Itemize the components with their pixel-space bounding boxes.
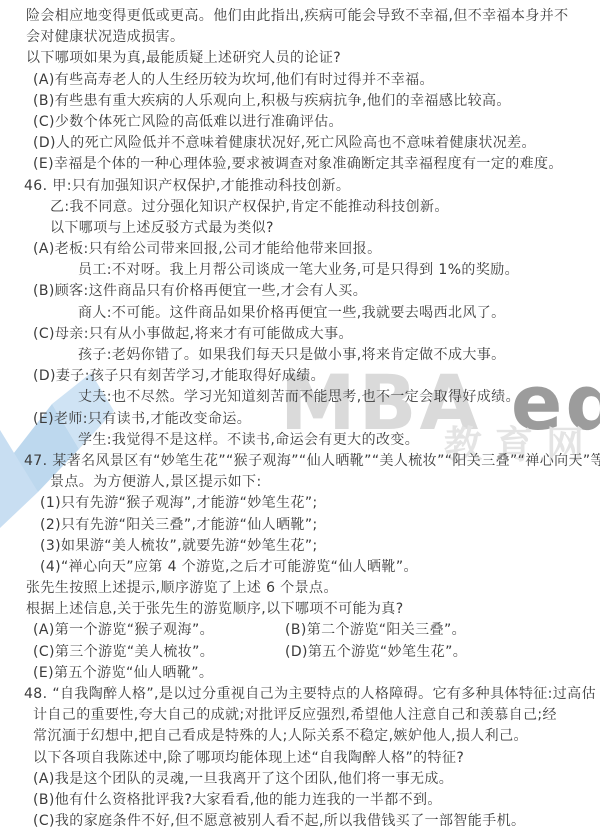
line-text: 以下各项自我陈述中,除了哪项均能体现上述“自我陶醉人格”的特征? — [33, 750, 464, 766]
option-line: (C)母亲:只有从小事做起,将来才有可能做成大事。 — [0, 324, 600, 345]
option-line: (4)“禅心向天”应第 4 个游览,之后才可能游览“仙人晒靴”。 — [0, 557, 600, 578]
line-text: (E)第五个游览“仙人晒靴”。 — [33, 665, 213, 681]
line-text: 学生:我觉得不是这样。不读书,命运会有更大的改变。 — [78, 432, 419, 448]
line-text: (C)第三个游览“美人梳妆”。 — [33, 644, 214, 660]
line-text: (E)老师:只有读书,才能改变命运。 — [33, 411, 251, 427]
option-line: (C)少数个体死亡风险的高低难以进行准确评估。 — [0, 112, 600, 133]
option-line: (E)老师:只有读书,才能改变命运。 — [0, 409, 600, 430]
option-line: (C)第三个游览“美人梳妆”。(D)第五个游览“妙笔生花”。 — [0, 642, 600, 663]
option-line: (A)我是这个团队的灵魂,一旦我离开了这个团队,他们将一事无成。 — [0, 769, 600, 790]
text-line: 以下哪项与上述反驳方式最为类似? — [0, 218, 600, 239]
line-text: 46. 甲:只有加强知识产权保护,才能推动科技创新。 — [24, 178, 350, 194]
line-text: (4)“禅心向天”应第 4 个游览,之后才可能游览“仙人晒靴”。 — [40, 559, 418, 575]
line-text: 48. “自我陶醉人格”,是以过分重视自己为主要特点的人格障碍。它有多种具体特征… — [24, 686, 596, 702]
line-text: (A)有些高寿老人的人生经历较为坎坷,他们有时过得并不幸福。 — [33, 72, 434, 88]
option-line: (1)只有先游“猴子观海”,才能游“妙笔生花”; — [0, 493, 600, 514]
text-line: 丈夫:也不尽然。学习光知道刻苦而不能思考,也不一定会取得好成绩。 — [0, 387, 600, 408]
exam-page: MBA edu 教育网 险会相应地变得更低或更高。他们由此指出,疾病可能会导致不… — [0, 0, 600, 832]
text-line: 计自己的重要性,夸大自己的成就;对批评反应强烈,希望他人注意自己和羡慕自己;经 — [0, 705, 600, 726]
option-line: (D)人的死亡风险低并不意味着健康状况好,死亡风险高也不意味着健康状况差。 — [0, 133, 600, 154]
line-text: (C)少数个体死亡风险的高低难以进行准确评估。 — [33, 114, 343, 130]
line-text: 常沉湎于幻想中,把自己看成是特殊的人;人际关系不稳定,嫉妒他人,损人利己。 — [33, 728, 528, 744]
text-line: 员工:不对呀。我上月帮公司谈成一笔大业务,可是只得到 1%的奖励。 — [0, 260, 600, 281]
line-text: (A)老板:只有给公司带来回报,公司才能给他带来回报。 — [33, 241, 381, 257]
option-line: (B)顾客:这件商品只有价格再便宜一些,才会有人买。 — [0, 281, 600, 302]
line-text: (B)他有什么资格批评我?大家看看,他的能力连我的一半都不到。 — [33, 792, 442, 808]
option-line: (C)我的家庭条件不好,但不愿意被别人看不起,所以我借钱买了一部智能手机。 — [0, 811, 600, 832]
line-text: (B)有些患有重大疾病的人乐观向上,积极与疾病抗争,他们的幸福感比较高。 — [33, 93, 511, 109]
text-line: 根据上述信息,关于张先生的游览顺序,以下哪项不可能为真? — [0, 599, 600, 620]
line-text: (3)如果游“美人梳妆”,就要先游“妙笔生花”; — [40, 538, 318, 554]
doc-lines: 险会相应地变得更低或更高。他们由此指出,疾病可能会导致不幸福,但不幸福本身并不会… — [0, 6, 600, 832]
line-text: 以下哪项与上述反驳方式最为类似? — [50, 220, 274, 236]
text-line: 孩子:老妈你错了。如果我们每天只是做小事,将来肯定做不成大事。 — [0, 345, 600, 366]
line-text: 会对健康状况造成损害。 — [26, 29, 184, 45]
line-text: 张先生按照上述提示,顺序游览了上述 6 个景点。 — [26, 580, 338, 596]
question-line: 48. “自我陶醉人格”,是以过分重视自己为主要特点的人格障碍。它有多种具体特征… — [0, 684, 600, 705]
text-line: 以下各项自我陈述中,除了哪项均能体现上述“自我陶醉人格”的特征? — [0, 748, 600, 769]
option-line: (2)只有先游“阳关三叠”,才能游“仙人晒靴”; — [0, 515, 600, 536]
question-line: 46. 甲:只有加强知识产权保护,才能推动科技创新。 — [0, 176, 600, 197]
text-line: 险会相应地变得更低或更高。他们由此指出,疾病可能会导致不幸福,但不幸福本身并不 — [0, 6, 600, 27]
line-text: 以下哪项如果为真,最能质疑上述研究人员的论证? — [26, 50, 341, 66]
option-line: (E)第五个游览“仙人晒靴”。 — [0, 663, 600, 684]
line-text: 员工:不对呀。我上月帮公司谈成一笔大业务,可是只得到 1%的奖励。 — [78, 262, 519, 278]
line-text: (A)第一个游览“猴子观海”。 — [33, 622, 214, 638]
line-text: 47. 某著名风景区有“妙笔生花”“猴子观海”“仙人晒靴”“美人梳妆”“阳关三叠… — [24, 453, 600, 469]
option-line: (3)如果游“美人梳妆”,就要先游“妙笔生花”; — [0, 536, 600, 557]
text-line: 学生:我觉得不是这样。不读书,命运会有更大的改变。 — [0, 430, 600, 451]
text-line: 乙:我不同意。过分强化知识产权保护,肯定不能推动科技创新。 — [0, 197, 600, 218]
option-line: (A)有些高寿老人的人生经历较为坎坷,他们有时过得并不幸福。 — [0, 70, 600, 91]
text-line: 景点。为方便游人,景区提示如下: — [0, 472, 600, 493]
line-text: 商人:不可能。这件商品如果价格再便宜一些,我就要去喝西北风了。 — [78, 305, 506, 321]
line-text: (C)我的家庭条件不好,但不愿意被别人看不起,所以我借钱买了一部智能手机。 — [33, 813, 525, 829]
line-text-col2: (D)第五个游览“妙笔生花”。 — [285, 642, 467, 663]
text-line: 商人:不可能。这件商品如果价格再便宜一些,我就要去喝西北风了。 — [0, 303, 600, 324]
line-text: (2)只有先游“阳关三叠”,才能游“仙人晒靴”; — [40, 517, 318, 533]
line-text-col2: (B)第二个游览“阳关三叠”。 — [285, 620, 466, 641]
option-line: (B)有些患有重大疾病的人乐观向上,积极与疾病抗争,他们的幸福感比较高。 — [0, 91, 600, 112]
option-line: (A)第一个游览“猴子观海”。(B)第二个游览“阳关三叠”。 — [0, 620, 600, 641]
line-text: (1)只有先游“猴子观海”,才能游“妙笔生花”; — [40, 495, 318, 511]
question-line: 47. 某著名风景区有“妙笔生花”“猴子观海”“仙人晒靴”“美人梳妆”“阳关三叠… — [0, 451, 600, 472]
line-text: (A)我是这个团队的灵魂,一旦我离开了这个团队,他们将一事无成。 — [33, 771, 453, 787]
line-text: 根据上述信息,关于张先生的游览顺序,以下哪项不可能为真? — [26, 601, 404, 617]
line-text: 险会相应地变得更低或更高。他们由此指出,疾病可能会导致不幸福,但不幸福本身并不 — [26, 8, 569, 24]
option-line: (A)老板:只有给公司带来回报,公司才能给他带来回报。 — [0, 239, 600, 260]
text-line: 会对健康状况造成损害。 — [0, 27, 600, 48]
line-text: (E)幸福是个体的一种心理体验,要求被调查对象准确断定其幸福程度有一定的难度。 — [33, 156, 563, 172]
line-text: 丈夫:也不尽然。学习光知道刻苦而不能思考,也不一定会取得好成绩。 — [78, 389, 520, 405]
line-text: (C)母亲:只有从小事做起,将来才有可能做成大事。 — [33, 326, 353, 342]
line-text: 计自己的重要性,夸大自己的成就;对批评反应强烈,希望他人注意自己和羡慕自己;经 — [33, 707, 557, 723]
line-text: (D)妻子:孩子只有刻苦学习,才能取得好成绩。 — [33, 368, 325, 384]
option-line: (D)妻子:孩子只有刻苦学习,才能取得好成绩。 — [0, 366, 600, 387]
text-line: 张先生按照上述提示,顺序游览了上述 6 个景点。 — [0, 578, 600, 599]
option-line: (E)幸福是个体的一种心理体验,要求被调查对象准确断定其幸福程度有一定的难度。 — [0, 154, 600, 175]
line-text: 孩子:老妈你错了。如果我们每天只是做小事,将来肯定做不成大事。 — [78, 347, 506, 363]
text-line: 常沉湎于幻想中,把自己看成是特殊的人;人际关系不稳定,嫉妒他人,损人利己。 — [0, 726, 600, 747]
text-line: 以下哪项如果为真,最能质疑上述研究人员的论证? — [0, 48, 600, 69]
line-text: (B)顾客:这件商品只有价格再便宜一些,才会有人买。 — [33, 283, 367, 299]
line-text: (D)人的死亡风险低并不意味着健康状况好,死亡风险高也不意味着健康状况差。 — [33, 135, 536, 151]
line-text: 景点。为方便游人,景区提示如下: — [50, 474, 262, 490]
option-line: (B)他有什么资格批评我?大家看看,他的能力连我的一半都不到。 — [0, 790, 600, 811]
line-text: 乙:我不同意。过分强化知识产权保护,肯定不能推动科技创新。 — [50, 199, 449, 215]
